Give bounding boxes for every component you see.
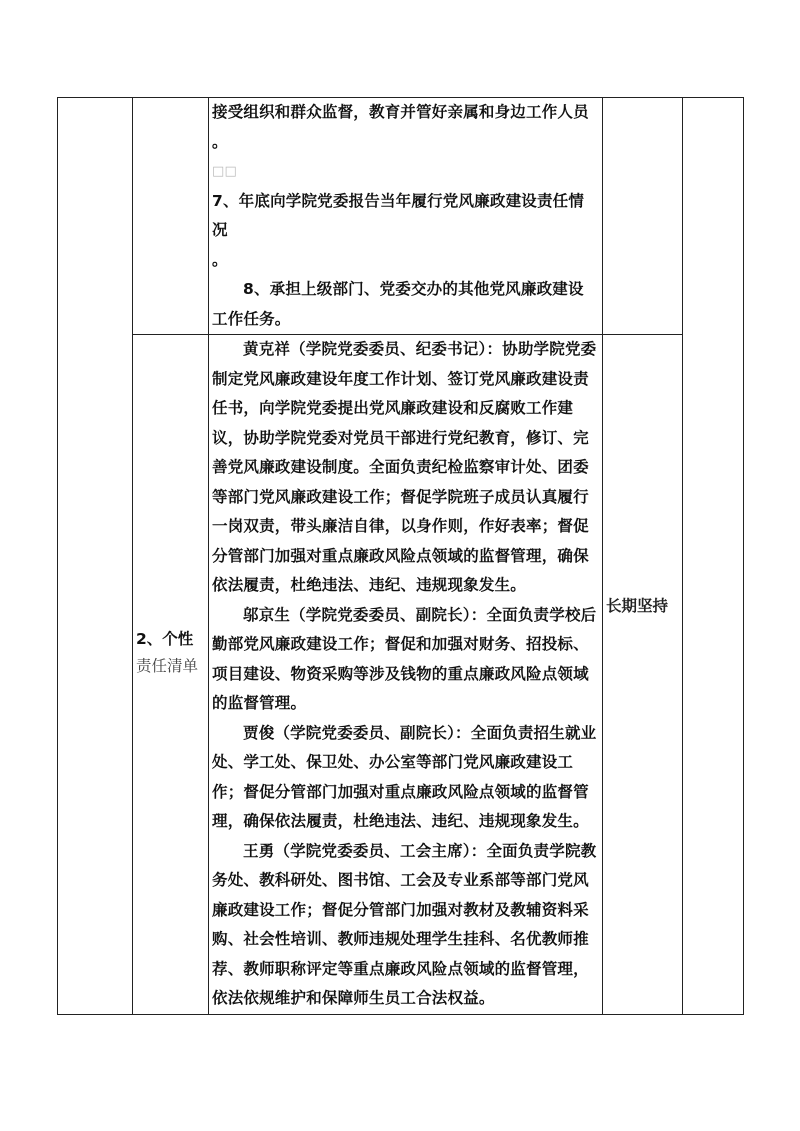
term-cell: 长期坚持 [603, 335, 683, 1015]
content-cell-top: 接受组织和群众监督，教育并管好亲属和身边工作人员 。 □□ 7、年底向学院党委报… [209, 98, 603, 335]
category-label-cell: 2、个性 责任清单 [133, 335, 209, 1015]
content-cell-bottom: 黄克祥（学院党委委员、纪委书记）：协助学院党委制定党风廉政建设年度工作计划、签订… [209, 335, 603, 1015]
content-line-item-7: 7、年底向学院党委报告当年履行党风廉政建设责任情况 [209, 187, 602, 246]
paragraph-wu-jingsheng: 邬京生（学院党委委员、副院长）：全面负责学校后勤部党风廉政建设工作；督促和加强对… [209, 601, 602, 719]
content-line: 接受组织和群众监督，教育并管好亲属和身边工作人员 [209, 98, 602, 128]
content-line-item-8: 8、承担上级部门、党委交办的其他党风廉政建设工作任务。 [209, 275, 602, 334]
table-row-continuation: 接受组织和群众监督，教育并管好亲属和身边工作人员 。 □□ 7、年底向学院党委报… [58, 98, 744, 335]
empty-category-cell [133, 98, 209, 335]
empty-remarks-cell [683, 98, 744, 1015]
document-page: 接受组织和群众监督，教育并管好亲属和身边工作人员 。 □□ 7、年底向学院党委报… [0, 0, 800, 1131]
category-label-line2: 责任清单 [136, 653, 208, 680]
category-label-line1: 2、个性 [136, 626, 208, 653]
content-line: 。 [209, 128, 602, 158]
empty-term-cell [603, 98, 683, 335]
term-text: 长期坚持 [603, 594, 682, 616]
empty-index-cell [58, 98, 133, 1015]
paragraph-huang-kexiang: 黄克祥（学院党委委员、纪委书记）：协助学院党委制定党风廉政建设年度工作计划、签订… [209, 335, 602, 601]
paragraph-wang-yong: 王勇（学院党委委员、工会主席）：全面负责学院教务处、教科研处、图书馆、工会及专业… [209, 837, 602, 1014]
missing-glyph-boxes: □□ [209, 157, 602, 187]
content-line: 。 [209, 246, 602, 276]
paragraph-jia-jun: 贾俊（学院党委委员、副院长）：全面负责招生就业处、学工处、保卫处、办公室等部门党… [209, 719, 602, 837]
table-row-personal-responsibility: 2、个性 责任清单 黄克祥（学院党委委员、纪委书记）：协助学院党委制定党风廉政建… [58, 335, 744, 1015]
responsibility-table: 接受组织和群众监督，教育并管好亲属和身边工作人员 。 □□ 7、年底向学院党委报… [57, 97, 744, 1015]
